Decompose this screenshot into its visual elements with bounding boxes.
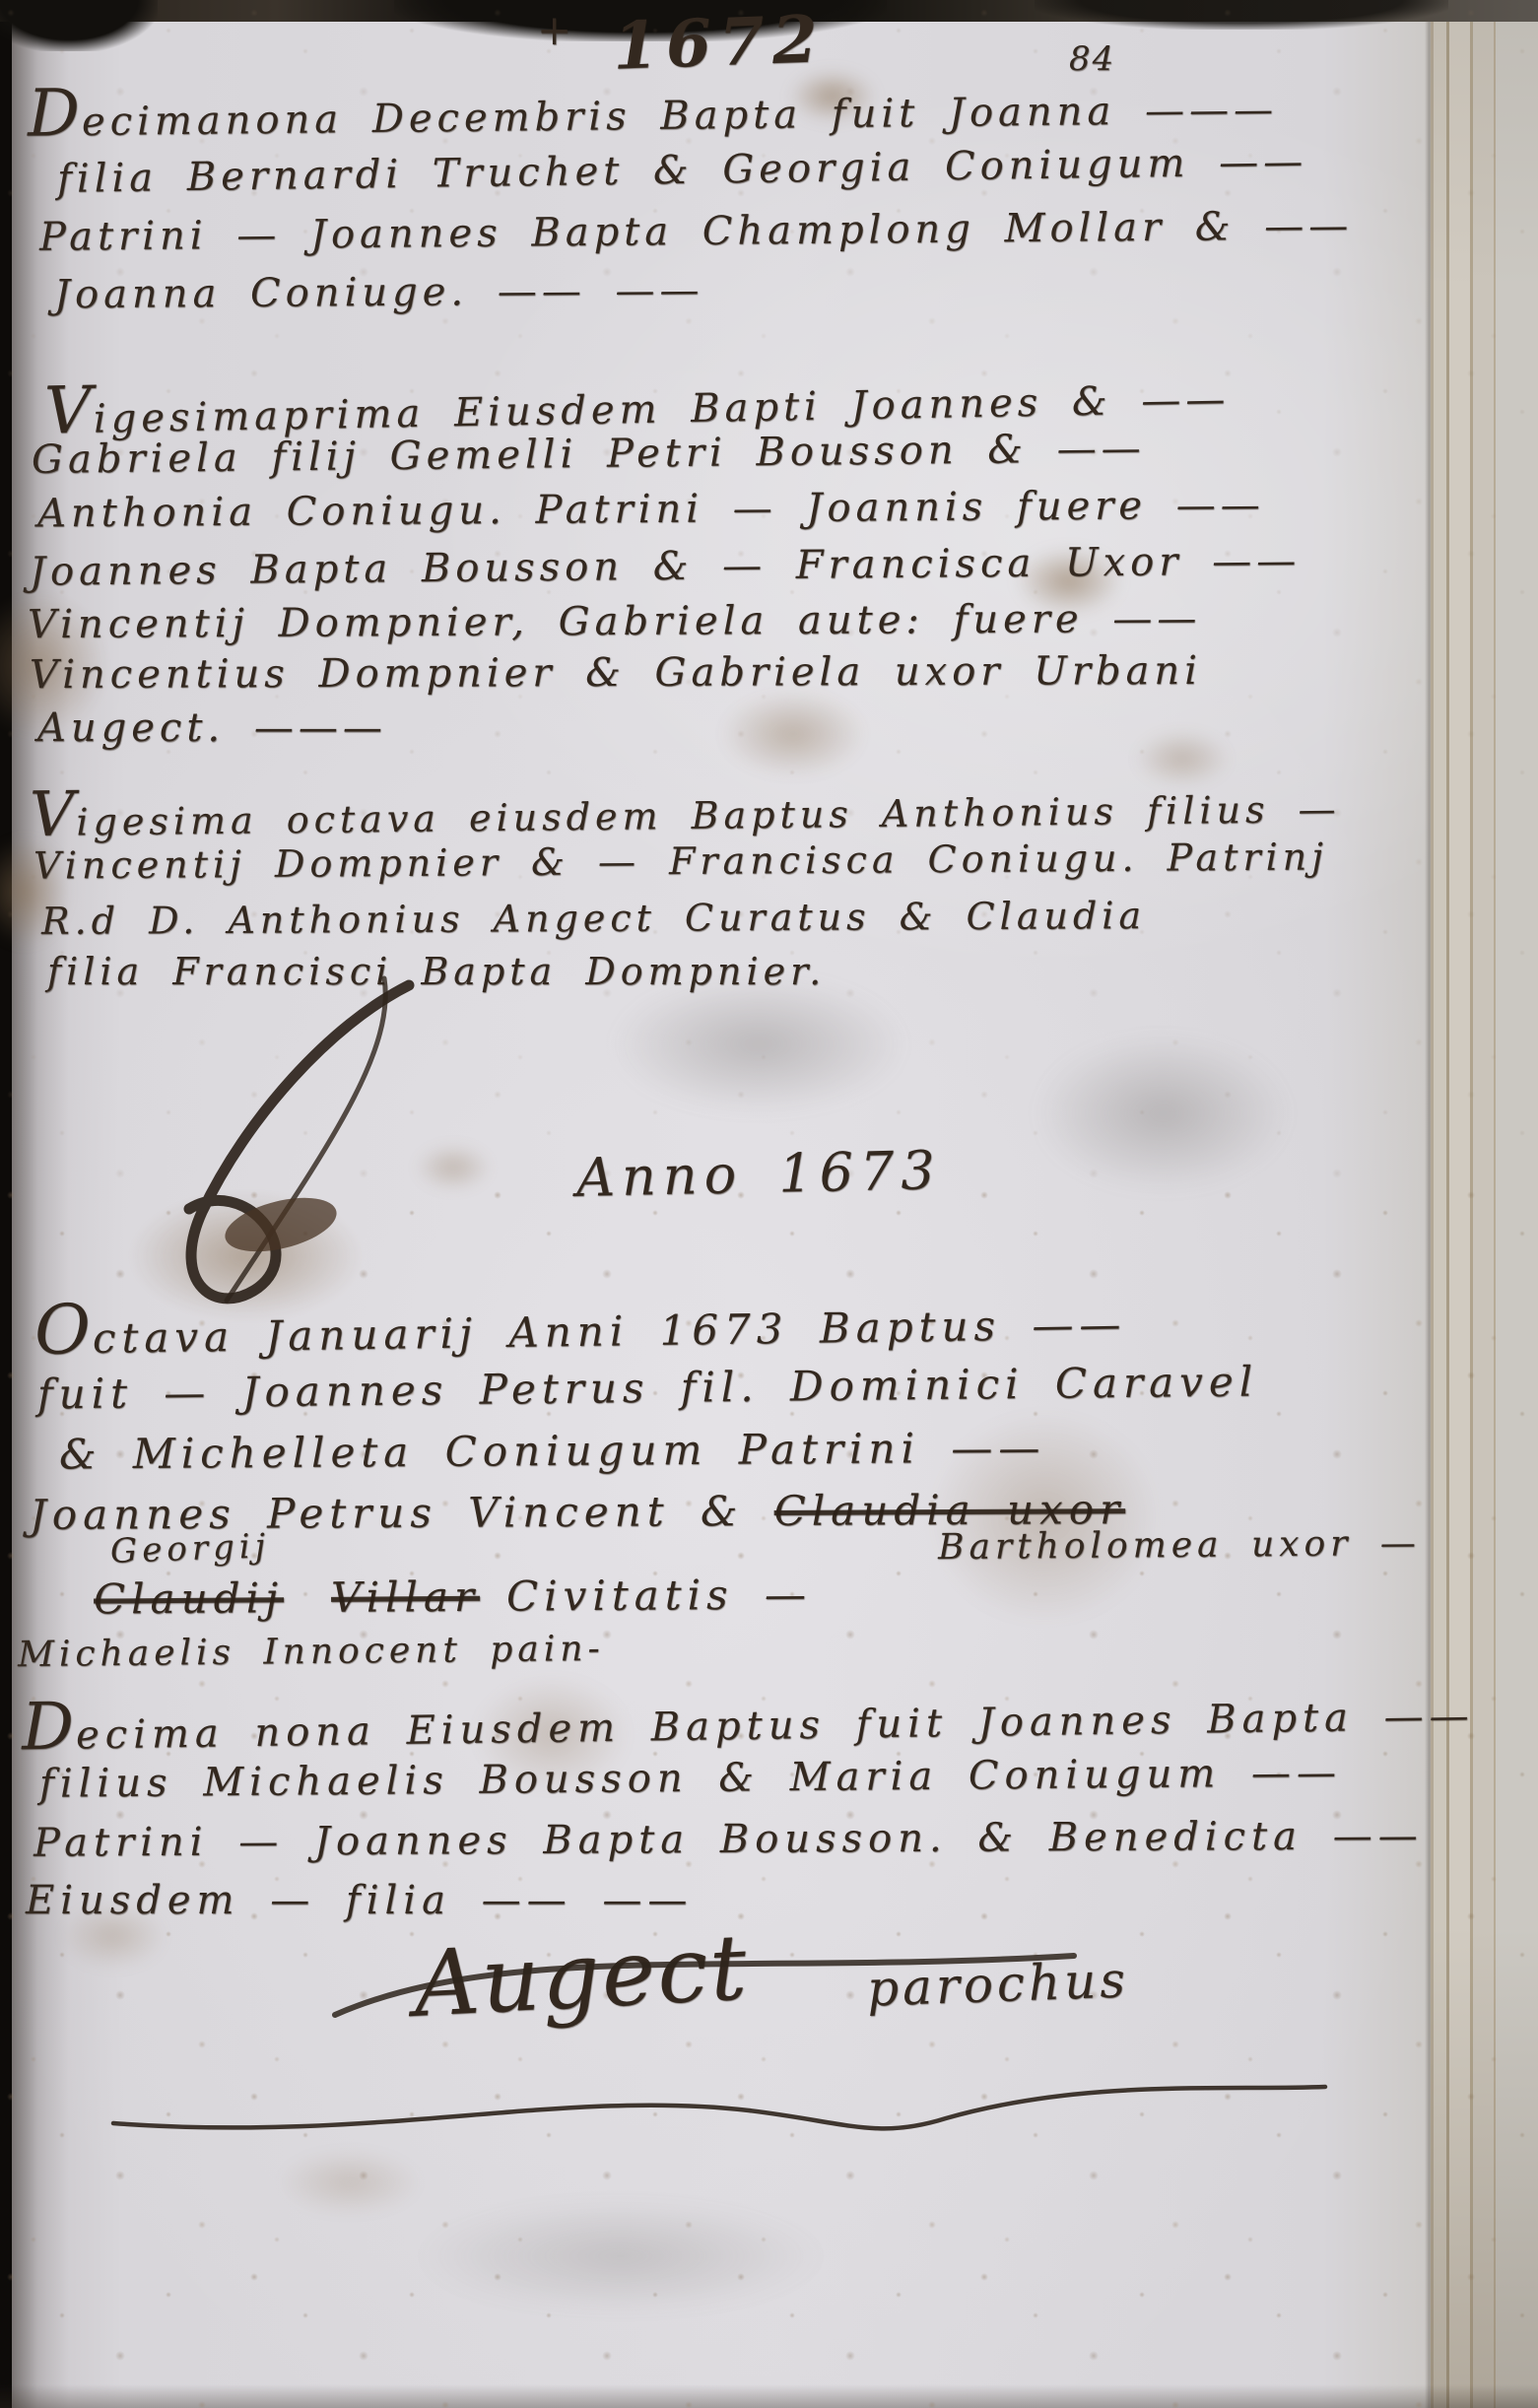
line-segment xyxy=(480,1572,506,1621)
manuscript-line: Patrini — Joannes Bapta Bousson. & Bened… xyxy=(33,1813,1424,1865)
ink-stain xyxy=(719,690,867,778)
inserted-correction: Bartholomea uxor — xyxy=(938,1523,1421,1568)
manuscript-line: Michaelis Innocent pain- xyxy=(18,1629,605,1675)
struck-text: Villar xyxy=(331,1572,480,1622)
superscript-correction: Georgij xyxy=(109,1526,270,1572)
manuscript-line: R.d D. Anthonius Angect Curatus & Claudi… xyxy=(41,894,1146,943)
manuscript-page: + 1672 84 Decimanona Decembris Bapta fui… xyxy=(0,0,1538,2408)
anno-heading: Anno 1673 xyxy=(575,1139,942,1209)
cross-mark: + xyxy=(537,6,576,54)
signature-underline-flourish xyxy=(99,2049,1340,2148)
show-through-ghost xyxy=(414,2197,828,2315)
signature-flourish-stroke xyxy=(325,1921,1094,2040)
show-through-ghost xyxy=(1035,1035,1291,1192)
show-through-ghost xyxy=(611,975,906,1113)
manuscript-line: & Michelleta Coniugum Patrini —— xyxy=(59,1424,1046,1479)
pen-flourish-paraph xyxy=(79,970,453,1325)
manuscript-line: Vincentij Dompnier & — Francisca Coniugu… xyxy=(33,835,1328,887)
struck-text: Claudij xyxy=(94,1573,284,1623)
manuscript-line: Augect. ——— xyxy=(37,705,387,751)
page-number: 84 xyxy=(1069,39,1115,79)
manuscript-line: Eiusdem — filia —— —— xyxy=(26,1878,693,1923)
line-segment: Civitatis — xyxy=(506,1570,812,1620)
manuscript-line: Joanna Coniuge. —— —— xyxy=(54,268,704,318)
manuscript-line: Claudij Villar Civitatis — xyxy=(94,1570,812,1623)
manuscript-line: Vincentius Dompnier & Gabriela uxor Urba… xyxy=(30,648,1202,698)
manuscript-line: Vincentij Dompnier, Gabriela aute: fuere… xyxy=(28,596,1202,647)
year-heading: 1672 xyxy=(612,0,827,84)
manuscript-line: Anthonia Coniugu. Patrini — Joannis fuer… xyxy=(37,483,1265,537)
line-segment xyxy=(284,1573,331,1622)
ink-stain xyxy=(276,2148,424,2217)
